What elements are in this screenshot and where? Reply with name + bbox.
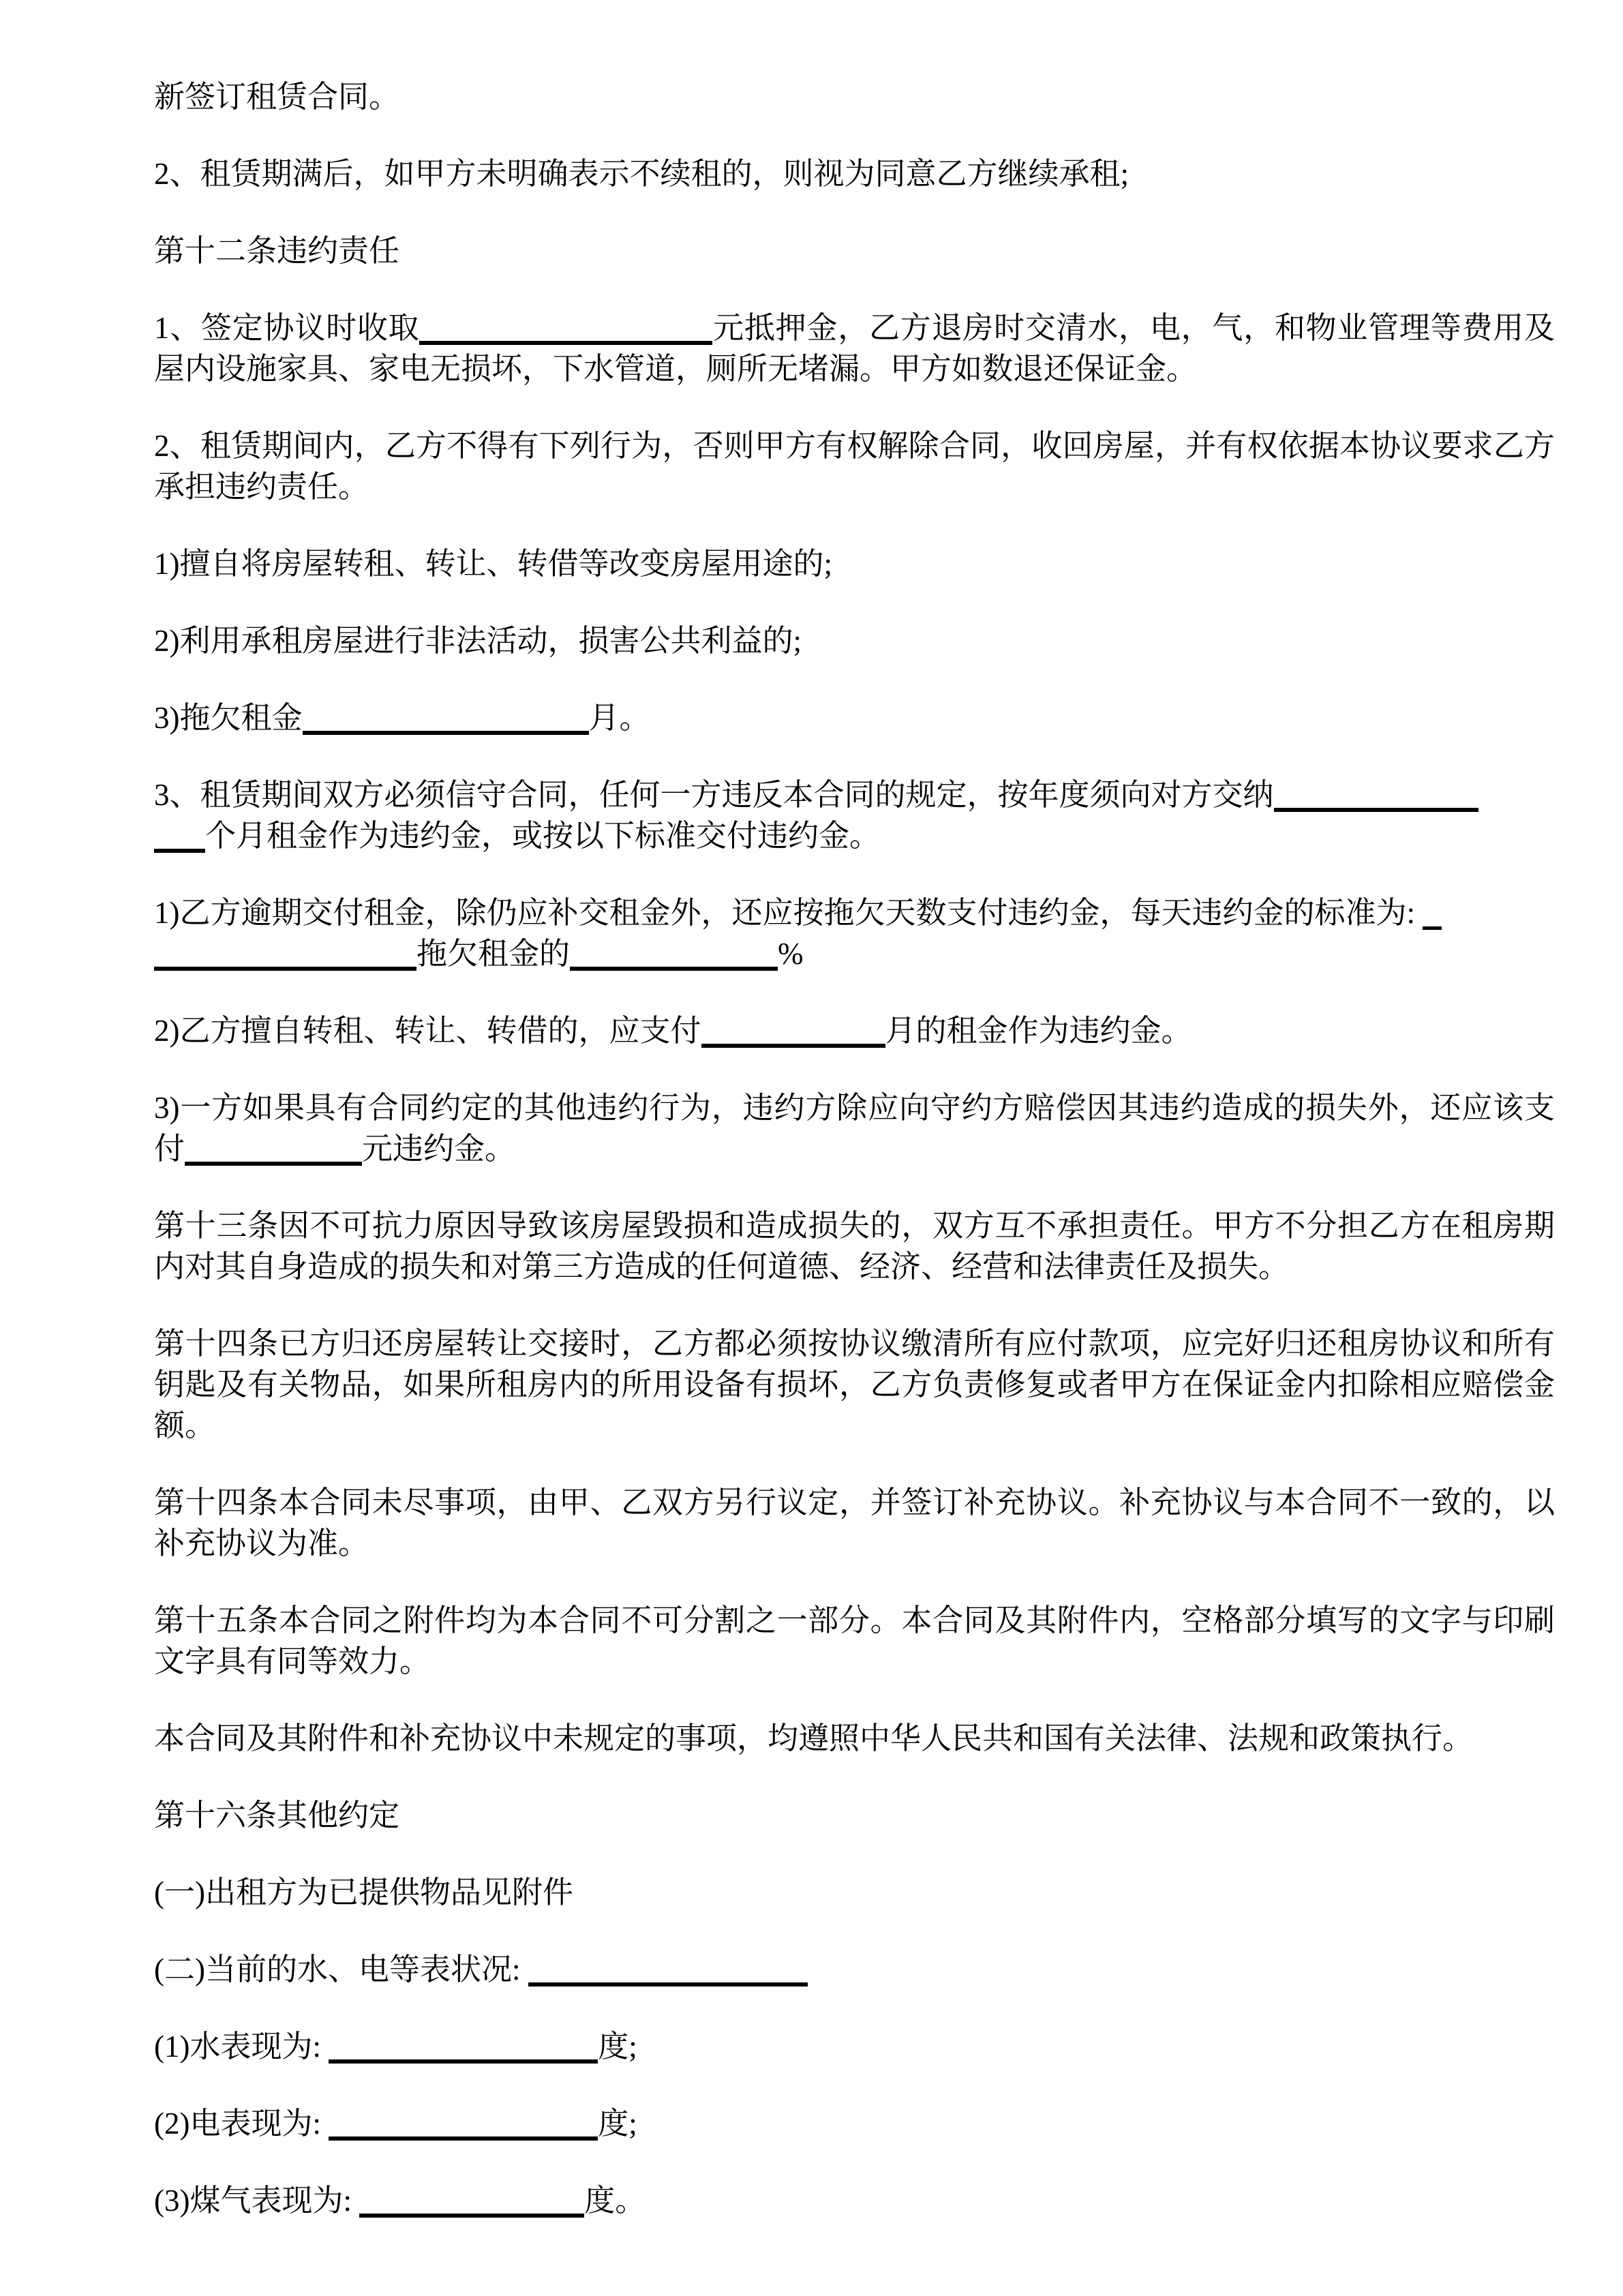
text-segment: 1、签定协议时收取 (154, 311, 419, 345)
para-deposit: 1、签定协议时收取元抵押金，乙方退房时交清水，电，气，和物业管理等费用及屋内设施… (154, 307, 1555, 389)
text-segment: 2、租赁期间内，乙方不得有下列行为，否则甲方有权解除合同，收回房屋，并有权依据本… (154, 429, 1555, 504)
blank-deposit-amount[interactable] (419, 331, 712, 345)
para-clause-14-supplement: 第十四条本合同未尽事项，由甲、乙双方另行议定，并签订补充协议。补充协议与本合同不… (154, 1482, 1555, 1564)
item-other-breach: 3)一方如果具有合同约定的其他违约行为，违约方除应向守约方赔偿因其违约造成的损失… (154, 1087, 1555, 1169)
text-segment: 度; (598, 2029, 637, 2064)
contract-page: 新签订租赁合同。 2、租赁期满后，如甲方未明确表示不续租的，则视为同意乙方继续承… (0, 0, 1623, 2296)
blank-penalty-months-a[interactable] (1274, 798, 1478, 812)
para-continuation: 新签订租赁合同。 (154, 76, 1555, 117)
text-segment: (1)水表现为: (154, 2029, 329, 2064)
text-segment: (2)电表现为: (154, 2106, 329, 2141)
blank-gas-meter-reading[interactable] (359, 2204, 584, 2218)
blank-daily-penalty-percent[interactable] (570, 957, 778, 971)
text-segment: 3)拖欠租金 (154, 701, 303, 735)
text-segment: 2、租赁期满后，如甲方未明确表示不续租的，则视为同意乙方继续承租; (154, 157, 1129, 191)
item-electric-meter: (2)电表现为: 度; (154, 2103, 1555, 2144)
text-segment: 个月租金作为违约金，或按以下标准交付违约金。 (205, 819, 880, 853)
text-segment: 第十四条本合同未尽事项，由甲、乙双方另行议定，并签订补充协议。补充协议与本合同不… (154, 1485, 1555, 1560)
para-clause-15-annex: 第十五条本合同之附件均为本合同不可分割之一部分。本合同及其附件内，空格部分填写的… (154, 1600, 1555, 1682)
item-meter-status: (二)当前的水、电等表状况: (154, 1949, 1555, 1990)
text-segment: 拖欠租金的 (416, 937, 570, 971)
text-segment: 1)擅自将房屋转租、转让、转借等改变房屋用途的; (154, 547, 832, 581)
text-segment: (二)当前的水、电等表状况: (154, 1952, 528, 1987)
text-segment: 第十六条其他约定 (154, 1798, 399, 1832)
text-segment: 3、租赁期间双方必须信守合同，任何一方违反本合同的规定，按年度须向对方交纳 (154, 778, 1274, 812)
item-rent-arrears: 3)拖欠租金月。 (154, 697, 1555, 738)
text-segment: 本合同及其附件和补充协议中未规定的事项，均遵照中华人民共和国有关法律、法规和政策… (154, 1721, 1473, 1755)
text-segment: 2)利用承租房屋进行非法活动，损害公共利益的; (154, 624, 802, 658)
item-unauthorized-sublet: 2)乙方擅自转租、转让、转借的，应支付月的租金作为违约金。 (154, 1010, 1555, 1051)
heading-clause-16: 第十六条其他约定 (154, 1795, 1555, 1836)
blank-meter-status[interactable] (528, 1973, 808, 1987)
para-clause-13-force-majeure: 第十三条因不可抗力原因导致该房屋毁损和造成损失的，双方互不承担责任。甲方不分担乙… (154, 1205, 1555, 1287)
blank-electric-meter-reading[interactable] (329, 2127, 598, 2141)
text-segment: 新签订租赁合同。 (154, 80, 399, 114)
blank-water-meter-reading[interactable] (329, 2050, 598, 2064)
item-sublet-change-use: 1)擅自将房屋转租、转让、转借等改变房屋用途的; (154, 543, 1555, 584)
para-governing-law: 本合同及其附件和补充协议中未规定的事项，均遵照中华人民共和国有关法律、法规和政策… (154, 1718, 1555, 1759)
item-illegal-activity: 2)利用承租房屋进行非法活动，损害公共利益的; (154, 620, 1555, 661)
item-water-meter: (1)水表现为: 度; (154, 2026, 1555, 2067)
blank-arrears-months[interactable] (303, 721, 589, 735)
blank-penalty-months-b[interactable] (154, 839, 205, 853)
text-segment: 月的租金作为违约金。 (885, 1014, 1192, 1048)
text-segment: 2)乙方擅自转租、转让、转借的，应支付 (154, 1014, 701, 1048)
item-gas-meter: (3)煤气表现为: 度。 (154, 2180, 1555, 2221)
text-segment: 元违约金。 (362, 1132, 515, 1166)
text-segment: 月。 (589, 701, 650, 735)
blank-daily-penalty-base[interactable] (154, 957, 416, 971)
text-segment: 第十二条违约责任 (154, 234, 399, 268)
heading-clause-12: 第十二条违约责任 (154, 230, 1555, 271)
para-breach-penalty: 3、租赁期间双方必须信守合同，任何一方违反本合同的规定，按年度须向对方交纳个月租… (154, 774, 1555, 856)
text-segment: (3)煤气表现为: (154, 2184, 359, 2218)
text-segment: 度。 (584, 2184, 646, 2218)
text-segment: 1)乙方逾期交付租金，除仍应补交租金外，还应按拖欠天数支付违约金，每天违约金的标… (154, 896, 1423, 930)
text-segment: 第十三条因不可抗力原因导致该房屋毁损和造成损失的，双方互不承担责任。甲方不分担乙… (154, 1209, 1555, 1284)
text-segment: 第十四条已方归还房屋转让交接时，乙方都必须按协议缴清所有应付款项，应完好归还租房… (154, 1327, 1555, 1442)
para-prohibited-acts: 2、租赁期间内，乙方不得有下列行为，否则甲方有权解除合同，收回房屋，并有权依据本… (154, 425, 1555, 507)
para-renewal: 2、租赁期满后，如甲方未明确表示不续租的，则视为同意乙方继续承租; (154, 153, 1555, 194)
item-provided-goods: (一)出租方为已提供物品见附件 (154, 1872, 1555, 1913)
blank-other-breach-amount[interactable] (185, 1152, 362, 1166)
blank-daily-penalty-mark[interactable] (1423, 917, 1442, 930)
text-segment: 第十五条本合同之附件均为本合同不可分割之一部分。本合同及其附件内，空格部分填写的… (154, 1603, 1555, 1678)
item-late-payment: 1)乙方逾期交付租金，除仍应补交租金外，还应按拖欠天数支付违约金，每天违约金的标… (154, 892, 1555, 974)
text-segment: (一)出租方为已提供物品见附件 (154, 1875, 573, 1909)
blank-sublet-penalty-months[interactable] (701, 1034, 885, 1048)
text-segment: % (778, 937, 804, 971)
text-segment: 度; (598, 2106, 637, 2141)
para-clause-14-handover: 第十四条已方归还房屋转让交接时，乙方都必须按协议缴清所有应付款项，应完好归还租房… (154, 1323, 1555, 1446)
